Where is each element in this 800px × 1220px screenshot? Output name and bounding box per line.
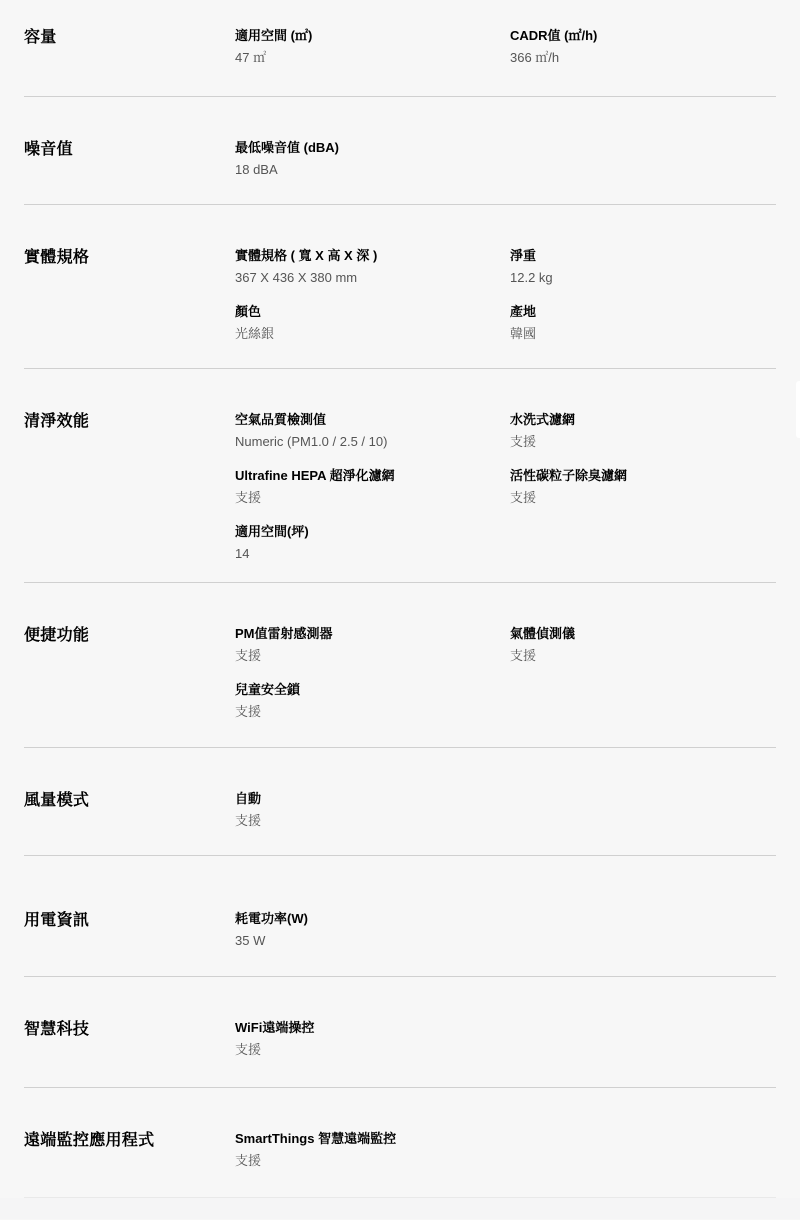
spec-item: CADR值 (㎡/h)366 ㎡/h [510,28,776,66]
section-label-physical-spec: 實體規格 [24,248,235,267]
spec-row: Ultrafine HEPA 超淨化濾網支援活性碳粒子除臭濾網支援 [235,468,776,506]
spec-item: 產地韓國 [510,304,776,342]
section-label-convenience: 便捷功能 [24,626,235,645]
spec-section-airflow-mode: 風量模式自動支援 [24,748,776,856]
spec-section-power-info: 用電資訊耗電功率(W)35 W [24,856,776,977]
spec-name: 實體規格 ( 寬 X 高 X 深 ) [235,248,500,264]
spec-name: 空氣品質檢測值 [235,412,500,428]
section-label-capacity: 容量 [24,28,235,47]
spec-value: 韓國 [510,326,776,342]
spec-rows: 實體規格 ( 寬 X 高 X 深 )367 X 436 X 380 mm淨重12… [235,248,776,342]
spec-item: 最低噪音值 (dBA)18 dBA [235,140,510,178]
spec-item: 空氣品質檢測值Numeric (PM1.0 / 2.5 / 10) [235,412,510,450]
spec-value: Numeric (PM1.0 / 2.5 / 10) [235,434,500,450]
section-label-power-info: 用電資訊 [24,911,235,930]
spec-value: 366 ㎡/h [510,50,776,66]
spec-row: 空氣品質檢測值Numeric (PM1.0 / 2.5 / 10)水洗式濾網支援 [235,412,776,450]
spec-row: PM值雷射感測器支援氣體偵測儀支援 [235,626,776,664]
spec-name: 顏色 [235,304,500,320]
spec-item: 自動支援 [235,791,510,829]
spec-name: SmartThings 智慧遠端監控 [235,1131,500,1147]
spec-value: 支援 [235,490,500,506]
spec-name: 兒童安全鎖 [235,682,500,698]
spec-value: 18 dBA [235,162,500,178]
spec-item: 兒童安全鎖支援 [235,682,510,720]
spec-name: 淨重 [510,248,776,264]
spec-value: 支援 [235,704,500,720]
spec-name: 產地 [510,304,776,320]
spec-value: 35 W [235,933,500,949]
spec-item: 顏色光絲銀 [235,304,510,342]
spec-name: 適用空間 (㎡) [235,28,500,44]
spec-value: 支援 [510,490,776,506]
spec-item: 適用空間 (㎡)47 ㎡ [235,28,510,66]
spec-item: 實體規格 ( 寬 X 高 X 深 )367 X 436 X 380 mm [235,248,510,286]
spec-item: PM值雷射感測器支援 [235,626,510,664]
spec-name: WiFi遠端操控 [235,1020,500,1036]
spec-rows: 空氣品質檢測值Numeric (PM1.0 / 2.5 / 10)水洗式濾網支援… [235,412,776,562]
spec-row: 顏色光絲銀產地韓國 [235,304,776,342]
spec-value: 支援 [235,648,500,664]
spec-name: 耗電功率(W) [235,911,500,927]
spec-rows: 適用空間 (㎡)47 ㎡CADR值 (㎡/h)366 ㎡/h [235,28,776,66]
section-label-noise-level: 噪音值 [24,140,235,159]
section-label-smart-tech: 智慧科技 [24,1020,235,1039]
spec-row: 適用空間 (㎡)47 ㎡CADR值 (㎡/h)366 ㎡/h [235,28,776,66]
partial-floating-button[interactable] [796,381,800,438]
spec-item: 水洗式濾網支援 [510,412,776,450]
spec-row: 耗電功率(W)35 W [235,911,776,949]
spec-name: 活性碳粒子除臭濾網 [510,468,776,484]
spec-item: SmartThings 智慧遠端監控支援 [235,1131,510,1169]
section-label-airflow-mode: 風量模式 [24,791,235,810]
spec-row: WiFi遠端操控支援 [235,1020,776,1058]
spec-rows: 自動支援 [235,791,776,829]
spec-name: PM值雷射感測器 [235,626,500,642]
spec-name: CADR值 (㎡/h) [510,28,776,44]
spec-section-smart-tech: 智慧科技WiFi遠端操控支援 [24,977,776,1088]
spec-rows: PM值雷射感測器支援氣體偵測儀支援兒童安全鎖支援 [235,626,776,720]
spec-name: 氣體偵測儀 [510,626,776,642]
product-spec-page: 容量適用空間 (㎡)47 ㎡CADR值 (㎡/h)366 ㎡/h噪音值最低噪音值… [0,0,800,1220]
spec-rows: 耗電功率(W)35 W [235,911,776,949]
section-label-purification: 清淨效能 [24,412,235,431]
spec-section-convenience: 便捷功能PM值雷射感測器支援氣體偵測儀支援兒童安全鎖支援 [24,583,776,748]
spec-row: SmartThings 智慧遠端監控支援 [235,1131,776,1169]
spec-name: Ultrafine HEPA 超淨化濾網 [235,468,500,484]
spec-name: 適用空間(坪) [235,524,500,540]
spec-value: 支援 [510,434,776,450]
spec-value: 47 ㎡ [235,50,500,66]
spec-value: 14 [235,546,500,562]
spec-row: 適用空間(坪)14 [235,524,776,562]
spec-name: 自動 [235,791,500,807]
spec-table: 容量適用空間 (㎡)47 ㎡CADR值 (㎡/h)366 ㎡/h噪音值最低噪音值… [0,0,800,1198]
spec-item: 氣體偵測儀支援 [510,626,776,664]
spec-section-purification: 清淨效能空氣品質檢測值Numeric (PM1.0 / 2.5 / 10)水洗式… [24,369,776,583]
spec-rows: WiFi遠端操控支援 [235,1020,776,1058]
spec-row: 自動支援 [235,791,776,829]
spec-section-capacity: 容量適用空間 (㎡)47 ㎡CADR值 (㎡/h)366 ㎡/h [24,0,776,97]
spec-rows: SmartThings 智慧遠端監控支援 [235,1131,776,1169]
spec-item: 淨重12.2 kg [510,248,776,286]
spec-name: 水洗式濾網 [510,412,776,428]
spec-item: 耗電功率(W)35 W [235,911,510,949]
spec-row: 實體規格 ( 寬 X 高 X 深 )367 X 436 X 380 mm淨重12… [235,248,776,286]
spec-value: 12.2 kg [510,270,776,286]
spec-value: 367 X 436 X 380 mm [235,270,500,286]
spec-row: 最低噪音值 (dBA)18 dBA [235,140,776,178]
spec-section-physical-spec: 實體規格實體規格 ( 寬 X 高 X 深 )367 X 436 X 380 mm… [24,205,776,369]
spec-item: 適用空間(坪)14 [235,524,510,562]
spec-value: 支援 [510,648,776,664]
spec-item: WiFi遠端操控支援 [235,1020,510,1058]
spec-section-noise-level: 噪音值最低噪音值 (dBA)18 dBA [24,97,776,205]
footer-strip [0,1198,800,1219]
spec-value: 支援 [235,813,500,829]
spec-section-remote-app: 遠端監控應用程式SmartThings 智慧遠端監控支援 [24,1088,776,1198]
spec-row: 兒童安全鎖支援 [235,682,776,720]
spec-value: 光絲銀 [235,326,500,342]
spec-item: 活性碳粒子除臭濾網支援 [510,468,776,506]
spec-item: Ultrafine HEPA 超淨化濾網支援 [235,468,510,506]
section-label-remote-app: 遠端監控應用程式 [24,1131,235,1150]
spec-rows: 最低噪音值 (dBA)18 dBA [235,140,776,178]
spec-value: 支援 [235,1042,500,1058]
spec-value: 支援 [235,1153,500,1169]
spec-name: 最低噪音值 (dBA) [235,140,500,156]
